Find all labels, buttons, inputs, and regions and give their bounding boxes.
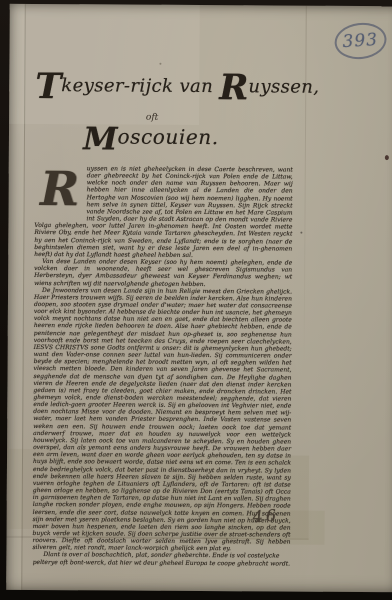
drop-cap-initial: R xyxy=(36,166,82,216)
vertical-crease xyxy=(304,6,307,369)
photo-of-open-book: 393 Tkeyser-rijck van Ruyssen, oft Mosco… xyxy=(0,0,392,600)
page-subtitle: Moscouien. xyxy=(9,124,293,160)
paper-speck xyxy=(300,232,302,234)
paper-speck xyxy=(159,63,161,65)
title-text: keyser-rijck van xyxy=(61,75,219,97)
book-page: 393 Tkeyser-rijck van Ruyssen, oft Mosco… xyxy=(6,4,392,592)
page-number: 46 xyxy=(252,506,280,527)
subtitle-swash-initial-m: M xyxy=(83,121,118,157)
subtitle-text: oscouien. xyxy=(117,124,218,149)
page-title: Tkeyser-rijck van Ruyssen, xyxy=(35,70,293,114)
text-block: Tkeyser-rijck van Ruyssen, oft Moscouien… xyxy=(32,70,293,567)
title-text-end: uyssen, xyxy=(248,76,319,97)
paragraph-4: Dlant is over al boschachtich, plat, son… xyxy=(32,551,290,567)
paragraph-2: Van dese Landen onder desen Keyser (soo … xyxy=(34,258,292,288)
title-swash-initial-t: T xyxy=(35,66,61,107)
handwritten-folio-annotation: 393 xyxy=(333,20,389,62)
paper-speck xyxy=(385,155,389,160)
title-swash-initial-r: R xyxy=(219,67,248,108)
folio-number: 393 xyxy=(342,30,379,52)
